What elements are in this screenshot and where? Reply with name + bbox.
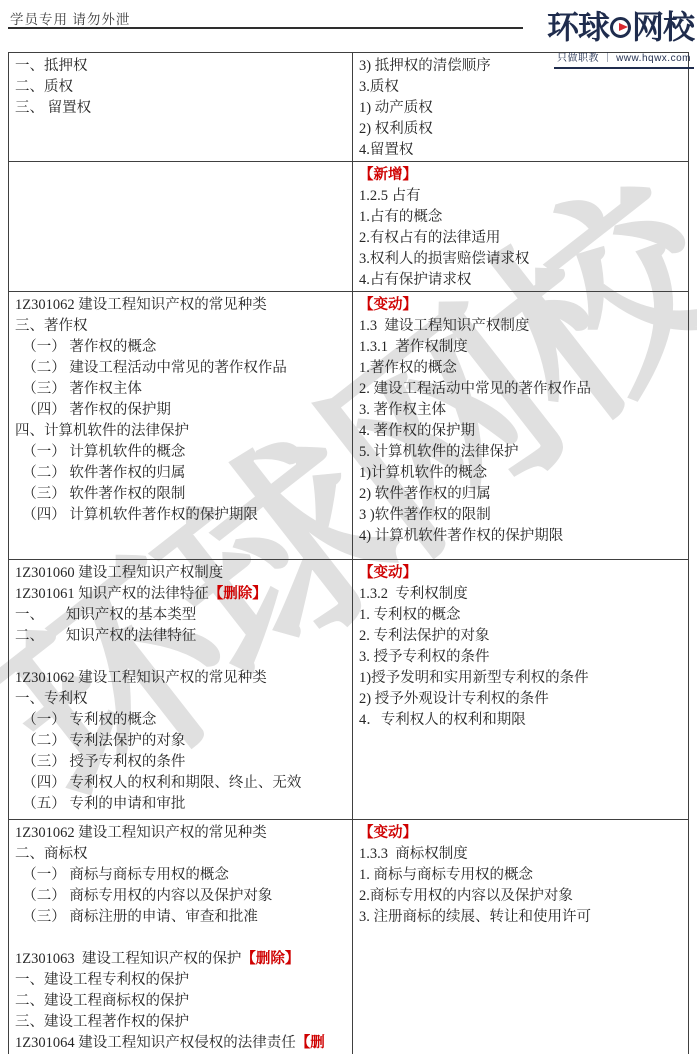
text-line: 1.著作权的概念 [359,358,682,379]
table-row: 1Z301060 建设工程知识产权制度1Z301061 知识产权的法律特征【删除… [9,560,689,820]
comparison-table: 一、抵押权二、质权三、 留置权3) 抵押权的清偿顺序3.质权1) 动产质权2) … [8,52,689,1054]
text-segment: 1)授予发明和实用新型专利权的条件 [359,670,589,686]
text-line: （四） 专利权人的权利和期限、终止、无效 [15,773,346,794]
text-segment: 1. 商标与商标专用权的概念 [359,867,533,883]
table-cell-left [9,162,353,292]
text-line: （四） 著作权的保护期 [15,400,346,421]
text-line: 1. 专利权的概念 [359,605,682,626]
text-line: 二、建设工程商标权的保护 [15,991,346,1012]
change-marker: 【删 [296,1035,325,1051]
text-line: 1.占有的概念 [359,207,682,228]
text-line: 4. 著作权的保护期 [359,421,682,442]
text-segment: 四、计算机软件的法律保护 [15,423,189,439]
text-segment: 1)计算机软件的概念 [359,465,487,481]
table-row: 1Z301062 建设工程知识产权的常见种类二、商标权 （一） 商标与商标专用权… [9,820,689,1054]
play-circle-icon [610,17,631,38]
text-line: （一） 专利权的概念 [15,710,346,731]
text-line: 2. 建设工程活动中常见的著作权作品 [359,379,682,400]
text-line: 一、 知识产权的基本类型 [15,605,346,626]
text-segment: 1.3.3 商标权制度 [359,846,468,862]
text-line: 1)计算机软件的概念 [359,463,682,484]
text-line: 2) 软件著作权的归属 [359,484,682,505]
text-line: 1Z301061 知识产权的法律特征【删除】 [15,584,346,605]
text-segment: 1) 动产质权 [359,100,433,116]
text-segment: 2) 软件著作权的归属 [359,486,491,502]
text-line: （二） 软件著作权的归属 [15,463,346,484]
text-line: 四、计算机软件的法律保护 [15,421,346,442]
text-segment: 二、建设工程商标权的保护 [15,993,189,1009]
text-line: （三） 著作权主体 [15,379,346,400]
text-line: 三、著作权 [15,316,346,337]
text-segment: （三） 商标注册的申请、审查和批准 [15,909,258,925]
text-line: 2.有权占有的法律适用 [359,228,682,249]
text-line: （四） 计算机软件著作权的保护期限 [15,505,346,526]
text-segment: 3. 授予专利权的条件 [359,649,490,665]
text-segment: 三、著作权 [15,318,88,334]
text-segment: 1Z301061 知识产权的法律特征 [15,586,209,602]
text-segment: 二、商标权 [15,846,88,862]
text-segment: 2. 建设工程活动中常见的著作权作品 [359,381,591,397]
text-line: 二、商标权 [15,844,346,865]
text-line: 4.占有保护请求权 [359,270,682,291]
table-cell-left: 1Z301060 建设工程知识产权制度1Z301061 知识产权的法律特征【删除… [9,560,353,820]
text-line: 二、质权 [15,77,346,98]
text-line: 一、抵押权 [15,56,346,77]
text-segment: 3 )软件著作权的限制 [359,507,491,523]
text-segment: （二） 软件著作权的归属 [15,465,185,481]
text-segment: （四） 计算机软件著作权的保护期限 [15,507,258,523]
text-segment: 4.占有保护请求权 [359,272,471,288]
text-line: （三） 软件著作权的限制 [15,484,346,505]
text-segment: 1Z301062 建设工程知识产权的常见种类 [15,297,267,313]
text-segment: 2) 授予外观设计专利权的条件 [359,691,549,707]
text-line: 4.留置权 [359,140,682,161]
text-line: 5. 计算机软件的法律保护 [359,442,682,463]
text-line: 2.商标专用权的内容以及保护对象 [359,886,682,907]
table-cell-right: 【新增】1.2.5 占有1.占有的概念2.有权占有的法律适用3.权利人的损害赔偿… [353,162,689,292]
table-row: 【新增】1.2.5 占有1.占有的概念2.有权占有的法律适用3.权利人的损害赔偿… [9,162,689,292]
text-segment: 2) 权利质权 [359,121,433,137]
text-segment: 1.3.1 著作权制度 [359,339,468,355]
brand-text-left: 环球 [547,2,609,48]
text-segment: （一） 计算机软件的概念 [15,444,185,460]
text-line: 1.3.1 著作权制度 [359,337,682,358]
text-segment: （一） 专利权的概念 [15,712,156,728]
text-segment: 二、质权 [15,79,73,95]
change-marker: 【删除】 [209,586,267,602]
text-line: 2. 专利法保护的对象 [359,626,682,647]
text-line: 【变动】 [359,563,682,584]
text-line: 三、 留置权 [15,98,346,119]
table-cell-right: 【变动】1.3.3 商标权制度1. 商标与商标专用权的概念2.商标专用权的内容以… [353,820,689,1054]
text-segment: 1Z301064 建设工程知识产权侵权的法律责任 [15,1035,296,1051]
text-line: 1Z301063 建设工程知识产权的保护【删除】 [15,949,346,970]
text-line: （一） 商标与商标专用权的概念 [15,865,346,886]
text-segment: 3) 抵押权的清偿顺序 [359,58,491,74]
text-segment: 1. 专利权的概念 [359,607,461,623]
text-line: 1)授予发明和实用新型专利权的条件 [359,668,682,689]
text-segment: （一） 商标与商标专用权的概念 [15,867,229,883]
text-segment: （二） 商标专用权的内容以及保护对象 [15,888,272,904]
text-line [15,647,346,668]
text-segment: 3. 著作权主体 [359,402,446,418]
text-segment: 2.商标专用权的内容以及保护对象 [359,888,573,904]
text-line: 3.权利人的损害赔偿请求权 [359,249,682,270]
header-divider [8,27,523,29]
text-line: 4) 计算机软件著作权的保护期限 [359,526,682,547]
text-segment: 1.占有的概念 [359,209,442,225]
text-line: 【变动】 [359,823,682,844]
text-segment: 1Z301063 建设工程知识产权的保护 [15,951,241,967]
text-segment: 一、 知识产权的基本类型 [15,607,196,623]
text-line: 1.3 建设工程知识产权制度 [359,316,682,337]
text-line: 4．专利权人的权利和期限 [359,710,682,731]
text-segment: 5. 计算机软件的法律保护 [359,444,519,460]
play-triangle-icon [619,23,628,31]
text-segment: 1.3.2 专利权制度 [359,586,468,602]
text-segment: 1Z301062 建设工程知识产权的常见种类 [15,825,267,841]
table-row: 1Z301062 建设工程知识产权的常见种类三、著作权 （一） 著作权的概念 （… [9,292,689,560]
change-marker: 【新增】 [359,167,417,183]
text-line: 3. 著作权主体 [359,400,682,421]
text-segment: （三） 授予专利权的条件 [15,754,185,770]
text-line: （二） 商标专用权的内容以及保护对象 [15,886,346,907]
text-line: 1Z301062 建设工程知识产权的常见种类 [15,295,346,316]
text-segment: 1Z301062 建设工程知识产权的常见种类 [15,670,267,686]
text-line: 3.质权 [359,77,682,98]
brand-logo: 环球 网校 只做职教 ｜ www.hqwx.com [547,2,694,69]
text-line: 一、建设工程专利权的保护 [15,970,346,991]
text-line: （三） 商标注册的申请、审查和批准 [15,907,346,928]
text-segment: 4.留置权 [359,142,413,158]
text-line: 1Z301062 建设工程知识产权的常见种类 [15,668,346,689]
text-line: 1. 商标与商标专用权的概念 [359,865,682,886]
text-line: 三、建设工程著作权的保护 [15,1012,346,1033]
change-marker: 【变动】 [359,825,417,841]
text-segment: 三、 留置权 [15,100,91,116]
text-line: 1.2.5 占有 [359,186,682,207]
text-segment: 1Z301060 建设工程知识产权制度 [15,565,223,581]
text-line: （一） 计算机软件的概念 [15,442,346,463]
text-line: 3. 注册商标的续展、转让和使用许可 [359,907,682,928]
text-line: （二） 建设工程活动中常见的著作权作品 [15,358,346,379]
text-segment: 1.著作权的概念 [359,360,457,376]
text-line: 2) 授予外观设计专利权的条件 [359,689,682,710]
text-line: 二、 知识产权的法律特征 [15,626,346,647]
text-line: （一） 著作权的概念 [15,337,346,358]
text-segment: 4. 著作权的保护期 [359,423,475,439]
change-marker: 【变动】 [359,297,417,313]
text-segment: 三、建设工程著作权的保护 [15,1014,189,1030]
text-line: 1Z301064 建设工程知识产权侵权的法律责任【删 [15,1033,346,1054]
brand-wordmark: 环球 网校 [547,2,694,48]
table-cell-left: 1Z301062 建设工程知识产权的常见种类二、商标权 （一） 商标与商标专用权… [9,820,353,1054]
text-line: 2) 权利质权 [359,119,682,140]
text-segment: 3.权利人的损害赔偿请求权 [359,251,529,267]
text-line: 1Z301060 建设工程知识产权制度 [15,563,346,584]
text-segment: 一、专利权 [15,691,88,707]
text-line: 1.3.3 商标权制度 [359,844,682,865]
table-cell-right: 【变动】1.3.2 专利权制度1. 专利权的概念2. 专利法保护的对象3. 授予… [353,560,689,820]
text-line: 1Z301062 建设工程知识产权的常见种类 [15,823,346,844]
text-segment: 3. 注册商标的续展、转让和使用许可 [359,909,591,925]
text-segment: （四） 著作权的保护期 [15,402,171,418]
table-cell-left: 1Z301062 建设工程知识产权的常见种类三、著作权 （一） 著作权的概念 （… [9,292,353,560]
text-line: 3. 授予专利权的条件 [359,647,682,668]
text-segment: 4．专利权人的权利和期限 [359,712,526,728]
text-segment: （二） 专利法保护的对象 [15,733,185,749]
text-segment: 1.2.5 占有 [359,188,421,204]
text-segment: （五） 专利的申请和审批 [15,796,185,812]
text-segment: （一） 著作权的概念 [15,339,156,355]
brand-text-right: 网校 [632,2,694,48]
text-segment: （三） 软件著作权的限制 [15,486,185,502]
text-segment: 3.质权 [359,79,399,95]
text-segment: （三） 著作权主体 [15,381,142,397]
table-cell-left: 一、抵押权二、质权三、 留置权 [9,53,353,162]
document-page: 学员专用 请勿外泄 环球 网校 只做职教 ｜ www.hqwx.com 环球网校… [0,0,697,1054]
text-segment: 2.有权占有的法律适用 [359,230,500,246]
text-line: 3 )软件著作权的限制 [359,505,682,526]
text-segment: 2. 专利法保护的对象 [359,628,490,644]
text-segment: 二、 知识产权的法律特征 [15,628,196,644]
text-line: 【新增】 [359,165,682,186]
text-segment: 一、建设工程专利权的保护 [15,972,189,988]
text-line: 1.3.2 专利权制度 [359,584,682,605]
text-line: 1) 动产质权 [359,98,682,119]
text-segment: 一、抵押权 [15,58,88,74]
text-line: （三） 授予专利权的条件 [15,752,346,773]
change-marker: 【删除】 [241,951,299,967]
confidential-label: 学员专用 请勿外泄 [10,8,130,28]
text-line [15,928,346,949]
table-cell-right: 【变动】1.3 建设工程知识产权制度1.3.1 著作权制度1.著作权的概念2. … [353,292,689,560]
change-marker: 【变动】 [359,565,417,581]
text-line: 一、专利权 [15,689,346,710]
text-line: （五） 专利的申请和审批 [15,794,346,815]
text-line: 【变动】 [359,295,682,316]
text-segment: 1.3 建设工程知识产权制度 [359,318,529,334]
comparison-table-body: 一、抵押权二、质权三、 留置权3) 抵押权的清偿顺序3.质权1) 动产质权2) … [9,53,689,1054]
brand-tagline: 只做职教 ｜ www.hqwx.com [554,49,694,69]
text-segment: 4) 计算机软件著作权的保护期限 [359,528,563,544]
text-segment: （二） 建设工程活动中常见的著作权作品 [15,360,287,376]
text-line: （二） 专利法保护的对象 [15,731,346,752]
text-segment: （四） 专利权人的权利和期限、终止、无效 [15,775,301,791]
